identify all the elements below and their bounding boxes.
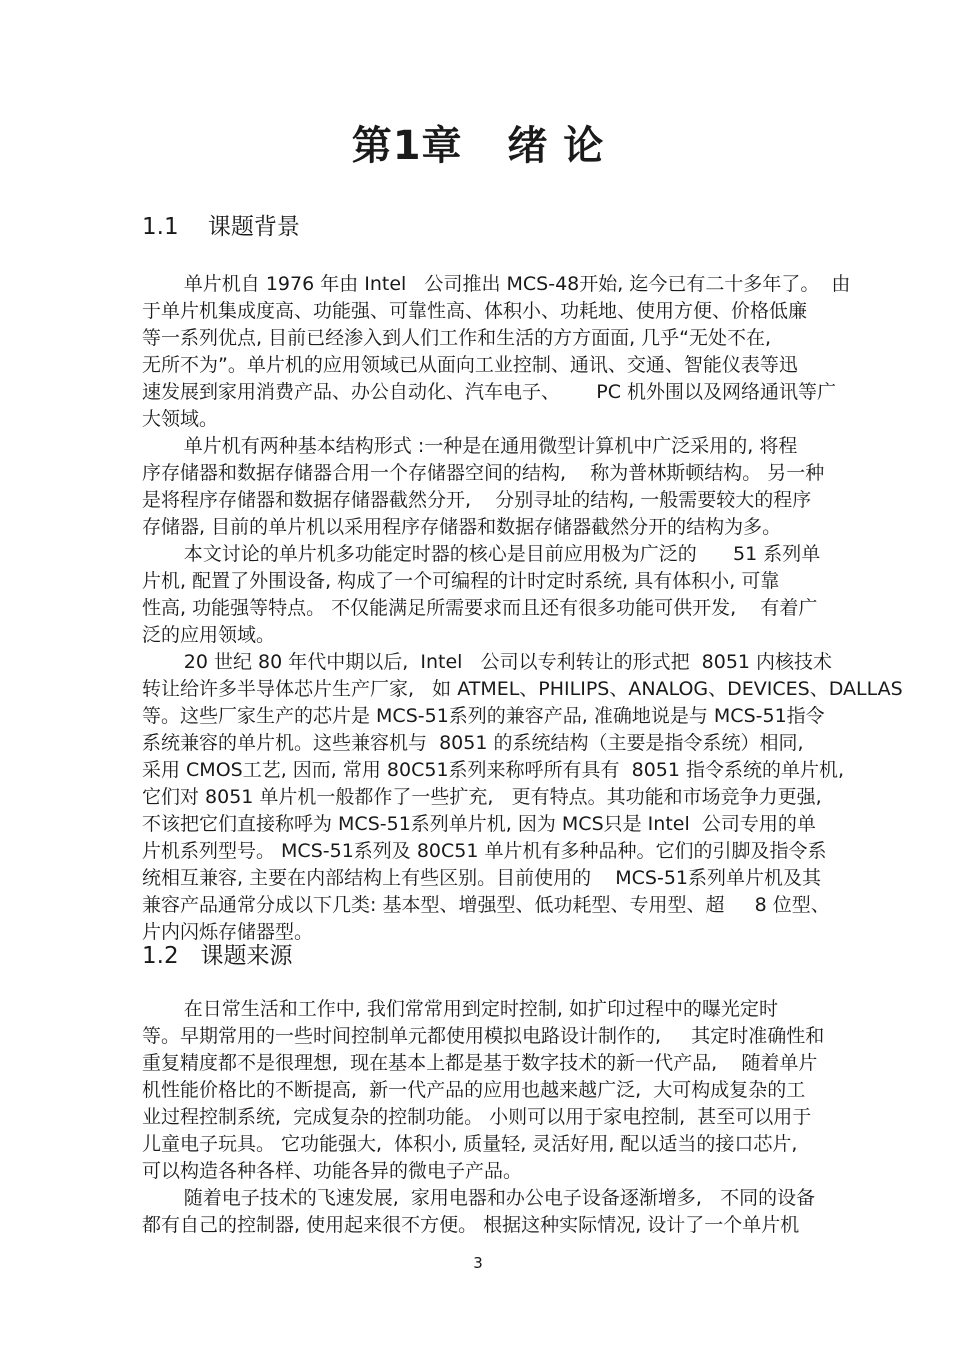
text-line: 系统兼容的单片机。这些兼容机与 8051 的系统结构（主要是指令系统）相同, xyxy=(142,730,852,757)
text-line: 业过程控制系统, 完成复杂的控制功能。 小则可以用于家电控制, 甚至可以用于 xyxy=(142,1104,852,1131)
paragraph: 在日常生活和工作中, 我们常常用到定时控制, 如扩印过程中的曝光定时等。早期常用… xyxy=(142,996,852,1185)
text-line: 随着电子技术的飞速发展, 家用电器和办公电子设备逐渐增多, 不同的设备 xyxy=(142,1185,852,1212)
text-line: 兼容产品通常分成以下几类: 基本型、增强型、低功耗型、专用型、超 8 位型、 xyxy=(142,892,852,919)
section-body-1-2: 在日常生活和工作中, 我们常常用到定时控制, 如扩印过程中的曝光定时等。早期常用… xyxy=(142,996,852,1239)
paragraph: 20 世纪 80 年代中期以后, Intel 公司以专利转让的形式把 8051 … xyxy=(142,649,852,946)
page-number: 3 xyxy=(0,1253,956,1273)
text-line: 单片机自 1976 年由 Intel 公司推出 MCS-48开始, 迄今已有二十… xyxy=(142,271,852,298)
text-line: 序存储器和数据存储器合用一个存储器空间的结构, 称为普林斯顿结构。 另一种 xyxy=(142,460,852,487)
text-line: 单片机有两种基本结构形式 :一种是在通用微型计算机中广泛采用的, 将程 xyxy=(142,433,852,460)
text-line: 儿童电子玩具。 它功能强大, 体积小, 质量轻, 灵活好用, 配以适当的接口芯片… xyxy=(142,1131,852,1158)
text-line: 等。这些厂家生产的芯片是 MCS-51系列的兼容产品, 准确地说是与 MCS-5… xyxy=(142,703,852,730)
text-line: 本文讨论的单片机多功能定时器的核心是目前应用极为广泛的 51 系列单 xyxy=(142,541,852,568)
section-heading-1-2: 1.2 课题来源 xyxy=(142,941,832,971)
text-line: 等一系列优点, 目前已经渗入到人们工作和生活的方方面面, 几乎“无处不在, xyxy=(142,325,852,352)
section-body-1-1: 单片机自 1976 年由 Intel 公司推出 MCS-48开始, 迄今已有二十… xyxy=(142,271,852,946)
text-line: 在日常生活和工作中, 我们常常用到定时控制, 如扩印过程中的曝光定时 xyxy=(142,996,852,1023)
text-line: 机性能价格比的不断提高, 新一代产品的应用也越来越广泛, 大可构成复杂的工 xyxy=(142,1077,852,1104)
text-line: 大领域。 xyxy=(142,406,852,433)
text-line: 采用 CMOS工艺, 因而, 常用 80C51系列来称呼所有具有 8051 指令… xyxy=(142,757,852,784)
paragraph: 单片机有两种基本结构形式 :一种是在通用微型计算机中广泛采用的, 将程序存储器和… xyxy=(142,433,852,541)
text-line: 可以构造各种各样、功能各异的微电子产品。 xyxy=(142,1158,852,1185)
text-line: 都有自己的控制器, 使用起来很不方便。 根据这种实际情况, 设计了一个单片机 xyxy=(142,1212,852,1239)
text-line: 20 世纪 80 年代中期以后, Intel 公司以专利转让的形式把 8051 … xyxy=(142,649,852,676)
paragraph: 随着电子技术的飞速发展, 家用电器和办公电子设备逐渐增多, 不同的设备都有自己的… xyxy=(142,1185,852,1239)
text-line: 片机系列型号。 MCS-51系列及 80C51 单片机有多种品种。它们的引脚及指… xyxy=(142,838,852,865)
text-line: 性高, 功能强等特点。 不仅能满足所需要求而且还有很多功能可供开发, 有着广 xyxy=(142,595,852,622)
text-line: 无所不为”。单片机的应用领域已从面向工业控制、通讯、交通、智能仪表等迅 xyxy=(142,352,852,379)
text-line: 等。早期常用的一些时间控制单元都使用模拟电路设计制作的, 其定时准确性和 xyxy=(142,1023,852,1050)
text-line: 它们对 8051 单片机一般都作了一些扩充, 更有特点。其功能和市场竞争力更强, xyxy=(142,784,852,811)
text-line: 统相互兼容, 主要在内部结构上有些区别。目前使用的 MCS-51系列单片机及其 xyxy=(142,865,852,892)
text-line: 是将程序存储器和数据存储器截然分开, 分别寻址的结构, 一般需要较大的程序 xyxy=(142,487,852,514)
text-line: 泛的应用领域。 xyxy=(142,622,852,649)
text-line: 于单片机集成度高、功能强、可靠性高、体积小、功耗地、使用方便、价格低廉 xyxy=(142,298,852,325)
section-heading-1-1: 1.1 课题背景 xyxy=(142,212,832,242)
document-page: 第1章 绪 论 1.1 课题背景 单片机自 1976 年由 Intel 公司推出… xyxy=(0,0,956,1353)
text-line: 存储器, 目前的单片机以采用程序存储器和数据存储器截然分开的结构为多。 xyxy=(142,514,852,541)
text-line: 片机, 配置了外围设备, 构成了一个可编程的计时定时系统, 具有体积小, 可靠 xyxy=(142,568,852,595)
text-line: 转让给许多半导体芯片生产厂家, 如 ATMEL、PHILIPS、ANALOG、D… xyxy=(142,676,852,703)
text-line: 不该把它们直接称呼为 MCS-51系列单片机, 因为 MCS只是 Intel 公… xyxy=(142,811,852,838)
paragraph: 单片机自 1976 年由 Intel 公司推出 MCS-48开始, 迄今已有二十… xyxy=(142,271,852,433)
paragraph: 本文讨论的单片机多功能定时器的核心是目前应用极为广泛的 51 系列单片机, 配置… xyxy=(142,541,852,649)
text-line: 速发展到家用消费产品、办公自动化、汽车电子、 PC 机外围以及网络通讯等广 xyxy=(142,379,852,406)
text-line: 重复精度都不是很理想, 现在基本上都是基于数字技术的新一代产品, 随着单片 xyxy=(142,1050,852,1077)
chapter-title: 第1章 绪 论 xyxy=(0,120,956,172)
